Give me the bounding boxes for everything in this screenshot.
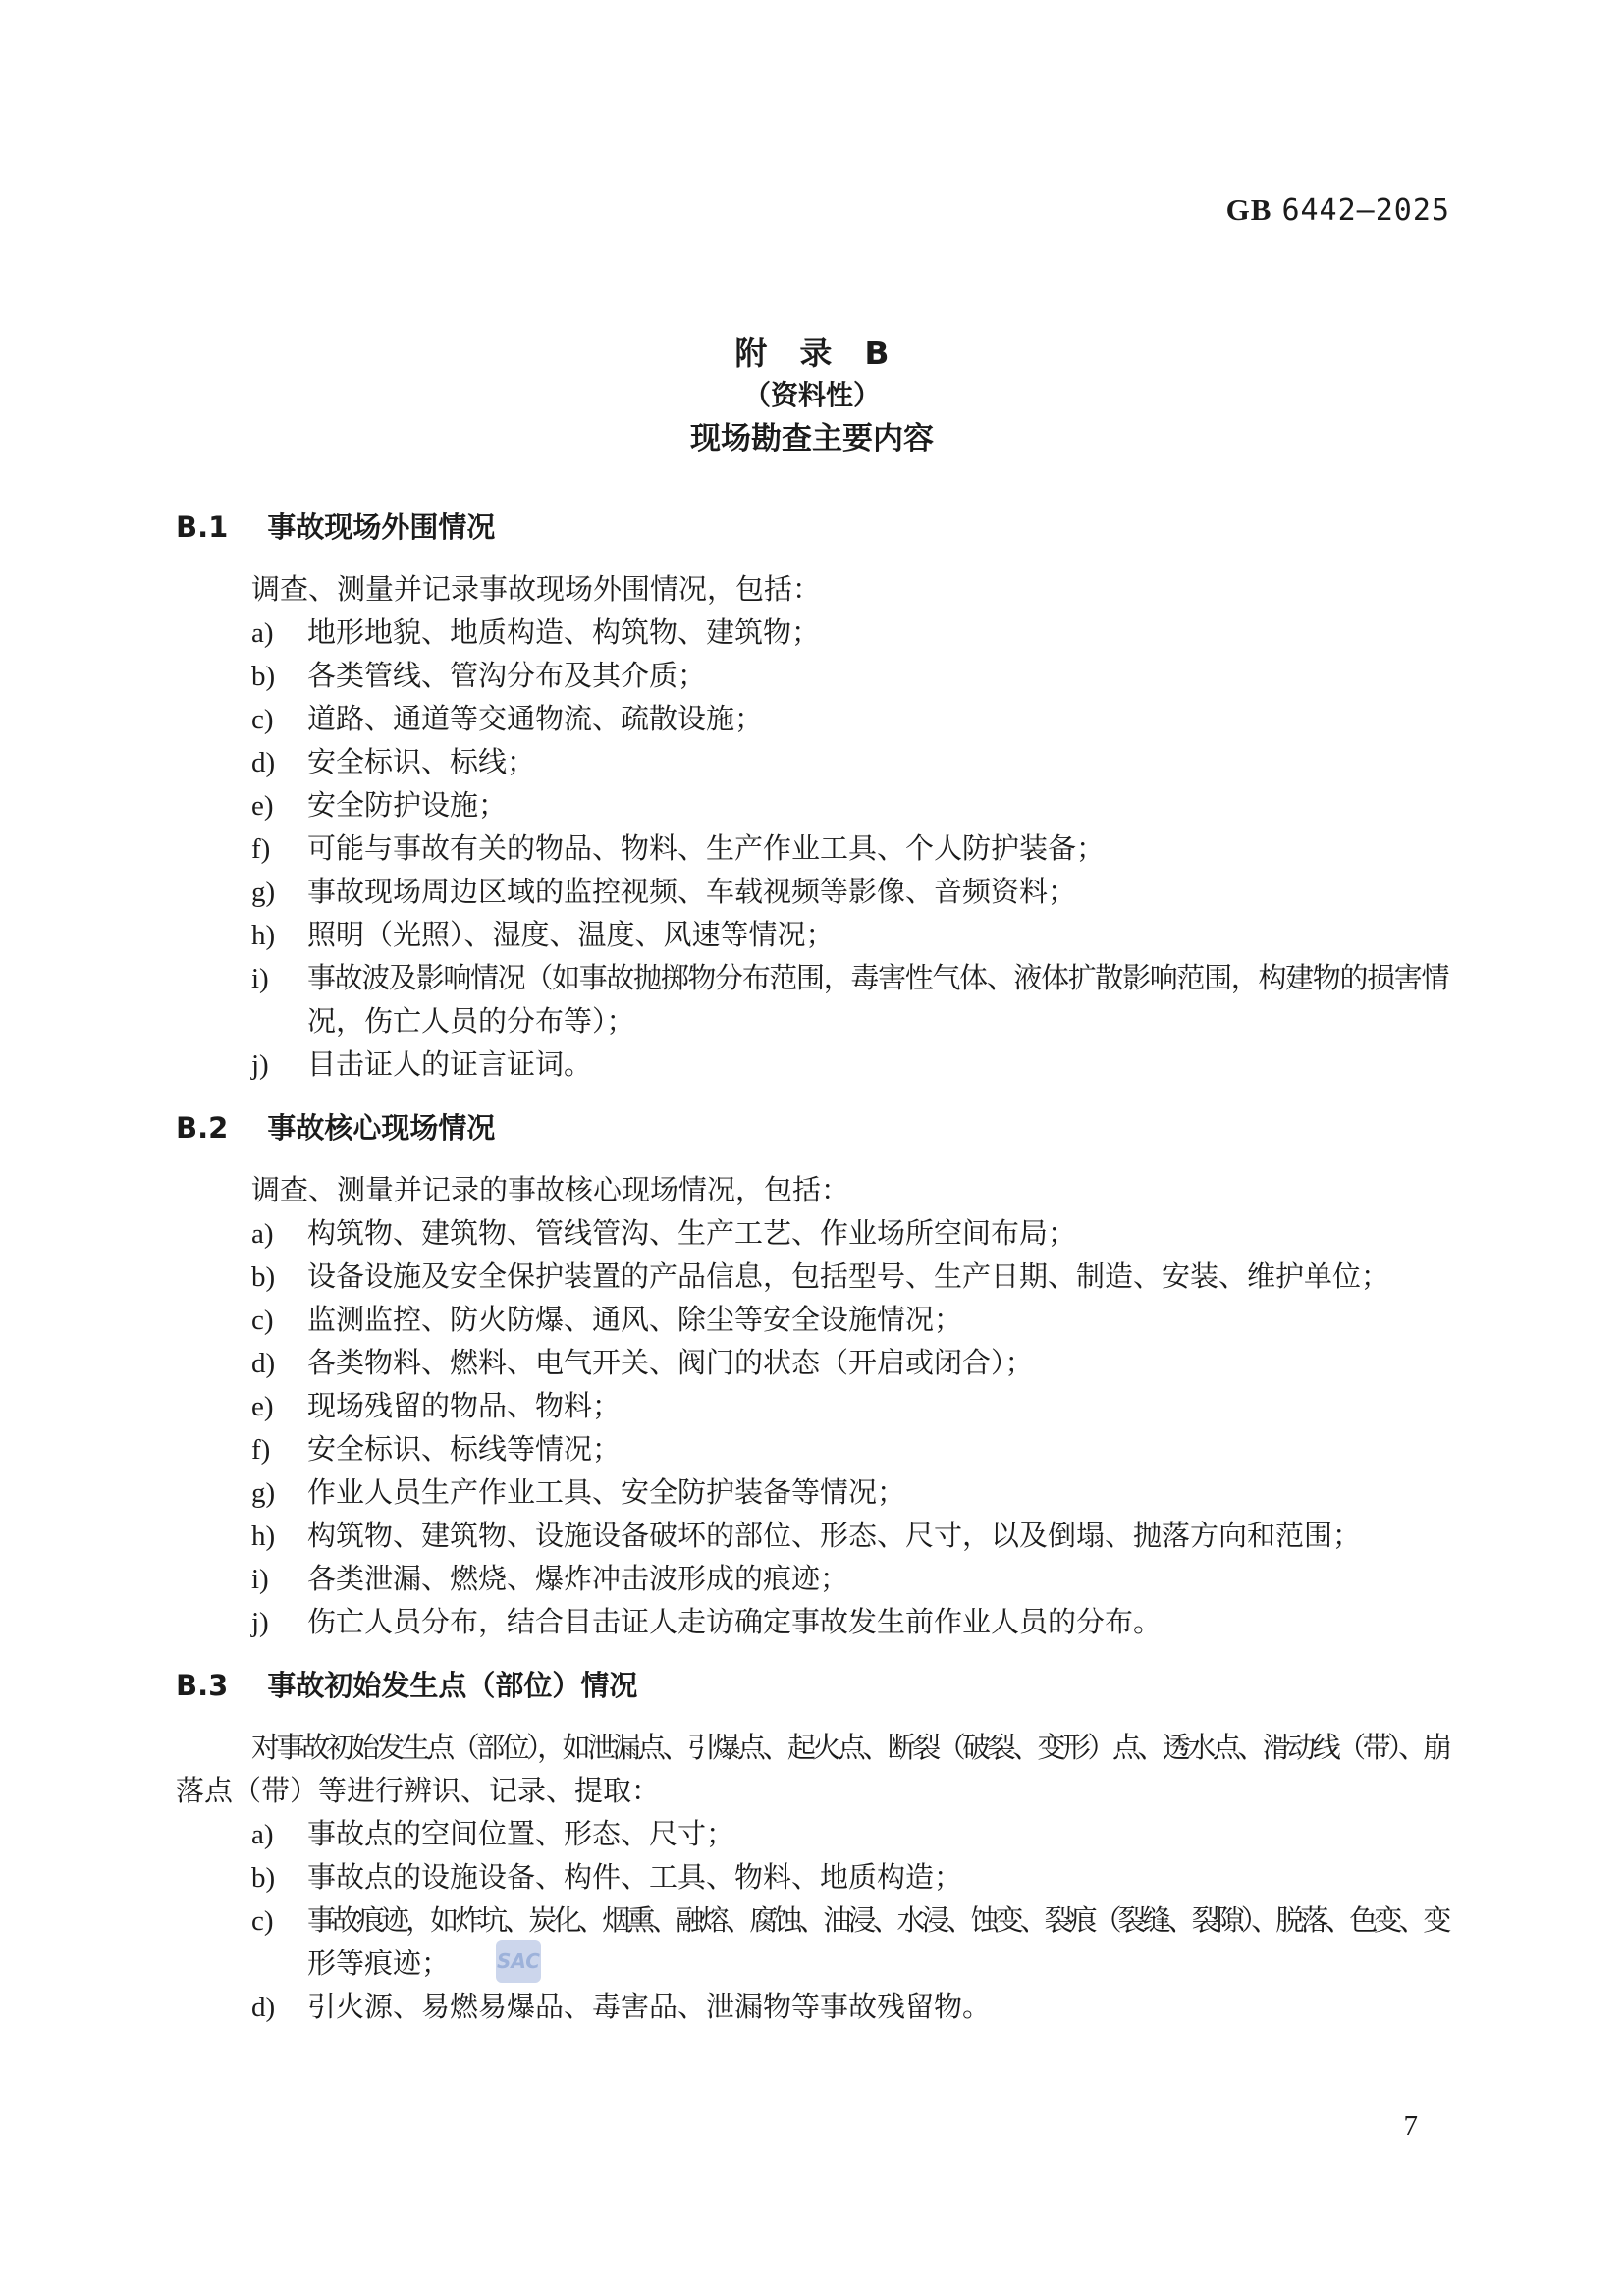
item-text: 安全标识、标线； <box>307 741 1448 784</box>
item-text: 道路、通道等交通物流、疏散设施； <box>307 698 1448 741</box>
sac-watermark-icon: SAC <box>496 1940 541 1983</box>
item-text: 引火源、易燃易爆品、毒害品、泄漏物等事故残留物。 <box>307 1986 1448 2029</box>
list-item: g)事故现场周边区域的监控视频、车载视频等影像、音频资料； <box>176 871 1448 914</box>
item-text: 事故点的空间位置、形态、尺寸； <box>307 1813 1448 1856</box>
item-text: 各类物料、燃料、电气开关、阀门的状态（开启或闭合）； <box>307 1342 1448 1385</box>
item-line: 监测监控、防火防爆、通风、除尘等安全设施情况； <box>307 1299 1448 1342</box>
list-item: c)监测监控、防火防爆、通风、除尘等安全设施情况； <box>176 1299 1448 1342</box>
item-label: d) <box>251 1986 275 2029</box>
doc-code-number: 6442—2025 <box>1281 193 1450 228</box>
document-page: GB6442—2025 附 录 B （资料性） 现场勘查主要内容 B.1事故现场… <box>0 0 1624 2296</box>
intro-line: 调查、测量并记录事故现场外围情况，包括： <box>176 568 1448 612</box>
item-text: 安全防护设施； <box>307 784 1448 828</box>
item-line: 况，伤亡人员的分布等）； <box>307 1000 1448 1043</box>
appendix-nature: （资料性） <box>176 374 1448 417</box>
item-text: 事故波及影响情况（如事故抛掷物分布范围，毒害性气体、液体扩散影响范围，构建物的损… <box>307 957 1448 1043</box>
list-item: j)伤亡人员分布，结合目击证人走访确定事故发生前作业人员的分布。 <box>176 1601 1448 1644</box>
item-text: 作业人员生产作业工具、安全防护装备等情况； <box>307 1471 1448 1515</box>
list-item: b)各类管线、管沟分布及其介质； <box>176 655 1448 698</box>
item-label: a) <box>251 612 274 655</box>
intro-line: 落点（带）等进行辨识、记录、提取： <box>176 1770 1448 1813</box>
list-item: c)事故痕迹，如炸坑、炭化、烟熏、融熔、腐蚀、油浸、水浸、蚀变、裂痕（裂缝、裂隙… <box>176 1899 1448 1986</box>
list-item: d)引火源、易燃易爆品、毒害品、泄漏物等事故残留物。 <box>176 1986 1448 2029</box>
section-intro: 调查、测量并记录事故现场外围情况，包括： <box>176 568 1448 612</box>
list-item: d)各类物料、燃料、电气开关、阀门的状态（开启或闭合）； <box>176 1342 1448 1385</box>
item-text: 可能与事故有关的物品、物料、生产作业工具、个人防护装备； <box>307 828 1448 871</box>
item-line: 设备设施及安全保护装置的产品信息，包括型号、生产日期、制造、安装、维护单位； <box>307 1255 1448 1299</box>
section-heading: B.1事故现场外围情况 <box>176 506 1448 549</box>
list-item: d)安全标识、标线； <box>176 741 1448 784</box>
item-text: 安全标识、标线等情况； <box>307 1428 1448 1471</box>
list-item: h)构筑物、建筑物、设施设备破坏的部位、形态、尺寸，以及倒塌、抛落方向和范围； <box>176 1515 1448 1558</box>
intro-line: 对事故初始发生点（部位），如泄漏点、引爆点、起火点、断裂（破裂、变形）点、透水点… <box>176 1727 1448 1770</box>
item-text: 监测监控、防火防爆、通风、除尘等安全设施情况； <box>307 1299 1448 1342</box>
doc-code-prefix: GB <box>1226 192 1272 227</box>
item-line: 道路、通道等交通物流、疏散设施； <box>307 698 1448 741</box>
item-text: 构筑物、建筑物、管线管沟、生产工艺、作业场所空间布局； <box>307 1212 1448 1255</box>
item-text: 事故现场周边区域的监控视频、车载视频等影像、音频资料； <box>307 871 1448 914</box>
list-item: e)安全防护设施； <box>176 784 1448 828</box>
page-number: 7 <box>1404 2109 1419 2144</box>
item-text: 伤亡人员分布，结合目击证人走访确定事故发生前作业人员的分布。 <box>307 1601 1448 1644</box>
item-text: 各类泄漏、燃烧、爆炸冲击波形成的痕迹； <box>307 1558 1448 1601</box>
item-line: 构筑物、建筑物、管线管沟、生产工艺、作业场所空间布局； <box>307 1212 1448 1255</box>
section-B.3: B.3事故初始发生点（部位）情况对事故初始发生点（部位），如泄漏点、引爆点、起火… <box>176 1664 1448 2029</box>
list-item: i)事故波及影响情况（如事故抛掷物分布范围，毒害性气体、液体扩散影响范围，构建物… <box>176 957 1448 1043</box>
item-text: 现场残留的物品、物料； <box>307 1385 1448 1428</box>
section-number: B.3 <box>176 1669 228 1702</box>
item-label: g) <box>251 1471 275 1515</box>
item-label: i) <box>251 1558 269 1601</box>
section-heading: B.3事故初始发生点（部位）情况 <box>176 1664 1448 1707</box>
list-item: h)照明（光照）、湿度、温度、风速等情况； <box>176 914 1448 957</box>
item-label: f) <box>251 828 270 871</box>
item-line: 安全标识、标线等情况； <box>307 1428 1448 1471</box>
section-title: 事故核心现场情况 <box>267 1111 495 1145</box>
list-item: a)地形地貌、地质构造、构筑物、建筑物； <box>176 612 1448 655</box>
item-line: 事故点的设施设备、构件、工具、物料、地质构造； <box>307 1856 1448 1899</box>
list-item: i)各类泄漏、燃烧、爆炸冲击波形成的痕迹； <box>176 1558 1448 1601</box>
item-line: 事故点的空间位置、形态、尺寸； <box>307 1813 1448 1856</box>
list-item: c)道路、通道等交通物流、疏散设施； <box>176 698 1448 741</box>
item-line: 各类物料、燃料、电气开关、阀门的状态（开启或闭合）； <box>307 1342 1448 1385</box>
item-label: d) <box>251 741 275 784</box>
item-line: 形等痕迹； <box>307 1943 1448 1986</box>
item-text: 构筑物、建筑物、设施设备破坏的部位、形态、尺寸，以及倒塌、抛落方向和范围； <box>307 1515 1448 1558</box>
item-label: c) <box>251 1299 274 1342</box>
list-item: b)事故点的设施设备、构件、工具、物料、地质构造； <box>176 1856 1448 1899</box>
item-line: 安全标识、标线； <box>307 741 1448 784</box>
list-item: f)可能与事故有关的物品、物料、生产作业工具、个人防护装备； <box>176 828 1448 871</box>
section-intro: 调查、测量并记录的事故核心现场情况，包括： <box>176 1169 1448 1212</box>
item-label: g) <box>251 871 275 914</box>
item-label: f) <box>251 1428 270 1471</box>
document-title: 现场勘查主要内容 <box>176 417 1448 460</box>
item-text: 各类管线、管沟分布及其介质； <box>307 655 1448 698</box>
appendix-title: 附 录 B <box>176 333 1448 374</box>
list-item: e)现场残留的物品、物料； <box>176 1385 1448 1428</box>
item-label: b) <box>251 655 275 698</box>
item-label: j) <box>251 1601 269 1644</box>
item-text: 事故痕迹，如炸坑、炭化、烟熏、融熔、腐蚀、油浸、水浸、蚀变、裂痕（裂缝、裂隙）、… <box>307 1899 1448 1986</box>
list-item: a)事故点的空间位置、形态、尺寸； <box>176 1813 1448 1856</box>
item-label: c) <box>251 1899 274 1943</box>
item-label: d) <box>251 1342 275 1385</box>
item-line: 可能与事故有关的物品、物料、生产作业工具、个人防护装备； <box>307 828 1448 871</box>
item-text: 目击证人的证言证词。 <box>307 1043 1448 1087</box>
item-line: 目击证人的证言证词。 <box>307 1043 1448 1087</box>
list-item: f)安全标识、标线等情况； <box>176 1428 1448 1471</box>
section-B.2: B.2事故核心现场情况调查、测量并记录的事故核心现场情况，包括：a)构筑物、建筑… <box>176 1106 1448 1644</box>
section-number: B.2 <box>176 1111 228 1145</box>
item-line: 引火源、易燃易爆品、毒害品、泄漏物等事故残留物。 <box>307 1986 1448 2029</box>
doc-code: GB6442—2025 <box>1226 192 1450 228</box>
item-label: e) <box>251 784 274 828</box>
item-line: 各类泄漏、燃烧、爆炸冲击波形成的痕迹； <box>307 1558 1448 1601</box>
list-item: j)目击证人的证言证词。 <box>176 1043 1448 1087</box>
item-line: 现场残留的物品、物料； <box>307 1385 1448 1428</box>
list-item: a)构筑物、建筑物、管线管沟、生产工艺、作业场所空间布局； <box>176 1212 1448 1255</box>
section-title: 事故初始发生点（部位）情况 <box>267 1669 637 1702</box>
item-label: h) <box>251 1515 275 1558</box>
section-intro: 对事故初始发生点（部位），如泄漏点、引爆点、起火点、断裂（破裂、变形）点、透水点… <box>176 1727 1448 1813</box>
item-line: 构筑物、建筑物、设施设备破坏的部位、形态、尺寸，以及倒塌、抛落方向和范围； <box>307 1515 1448 1558</box>
sections: B.1事故现场外围情况调查、测量并记录事故现场外围情况，包括：a)地形地貌、地质… <box>176 506 1448 2029</box>
section-title: 事故现场外围情况 <box>267 510 495 544</box>
item-line: 作业人员生产作业工具、安全防护装备等情况； <box>307 1471 1448 1515</box>
intro-line: 调查、测量并记录的事故核心现场情况，包括： <box>176 1169 1448 1212</box>
list-item: g)作业人员生产作业工具、安全防护装备等情况； <box>176 1471 1448 1515</box>
item-text: 地形地貌、地质构造、构筑物、建筑物； <box>307 612 1448 655</box>
section-B.1: B.1事故现场外围情况调查、测量并记录事故现场外围情况，包括：a)地形地貌、地质… <box>176 506 1448 1087</box>
item-label: b) <box>251 1856 275 1899</box>
item-text: 照明（光照）、湿度、温度、风速等情况； <box>307 914 1448 957</box>
item-line: 安全防护设施； <box>307 784 1448 828</box>
item-line: 地形地貌、地质构造、构筑物、建筑物； <box>307 612 1448 655</box>
item-label: b) <box>251 1255 275 1299</box>
item-label: j) <box>251 1043 269 1087</box>
item-line: 事故痕迹，如炸坑、炭化、烟熏、融熔、腐蚀、油浸、水浸、蚀变、裂痕（裂缝、裂隙）、… <box>307 1899 1448 1943</box>
section-heading: B.2事故核心现场情况 <box>176 1106 1448 1149</box>
item-line: 事故波及影响情况（如事故抛掷物分布范围，毒害性气体、液体扩散影响范围，构建物的损… <box>307 957 1448 1000</box>
item-text: 设备设施及安全保护装置的产品信息，包括型号、生产日期、制造、安装、维护单位； <box>307 1255 1448 1299</box>
list-item: b)设备设施及安全保护装置的产品信息，包括型号、生产日期、制造、安装、维护单位； <box>176 1255 1448 1299</box>
item-label: e) <box>251 1385 274 1428</box>
item-label: h) <box>251 914 275 957</box>
item-label: a) <box>251 1212 274 1255</box>
item-label: i) <box>251 957 269 1000</box>
item-text: 事故点的设施设备、构件、工具、物料、地质构造； <box>307 1856 1448 1899</box>
title-block: 附 录 B （资料性） 现场勘查主要内容 <box>176 333 1448 460</box>
item-label: c) <box>251 698 274 741</box>
section-number: B.1 <box>176 510 228 544</box>
item-line: 照明（光照）、湿度、温度、风速等情况； <box>307 914 1448 957</box>
item-label: a) <box>251 1813 274 1856</box>
item-line: 事故现场周边区域的监控视频、车载视频等影像、音频资料； <box>307 871 1448 914</box>
item-line: 各类管线、管沟分布及其介质； <box>307 655 1448 698</box>
item-line: 伤亡人员分布，结合目击证人走访确定事故发生前作业人员的分布。 <box>307 1601 1448 1644</box>
